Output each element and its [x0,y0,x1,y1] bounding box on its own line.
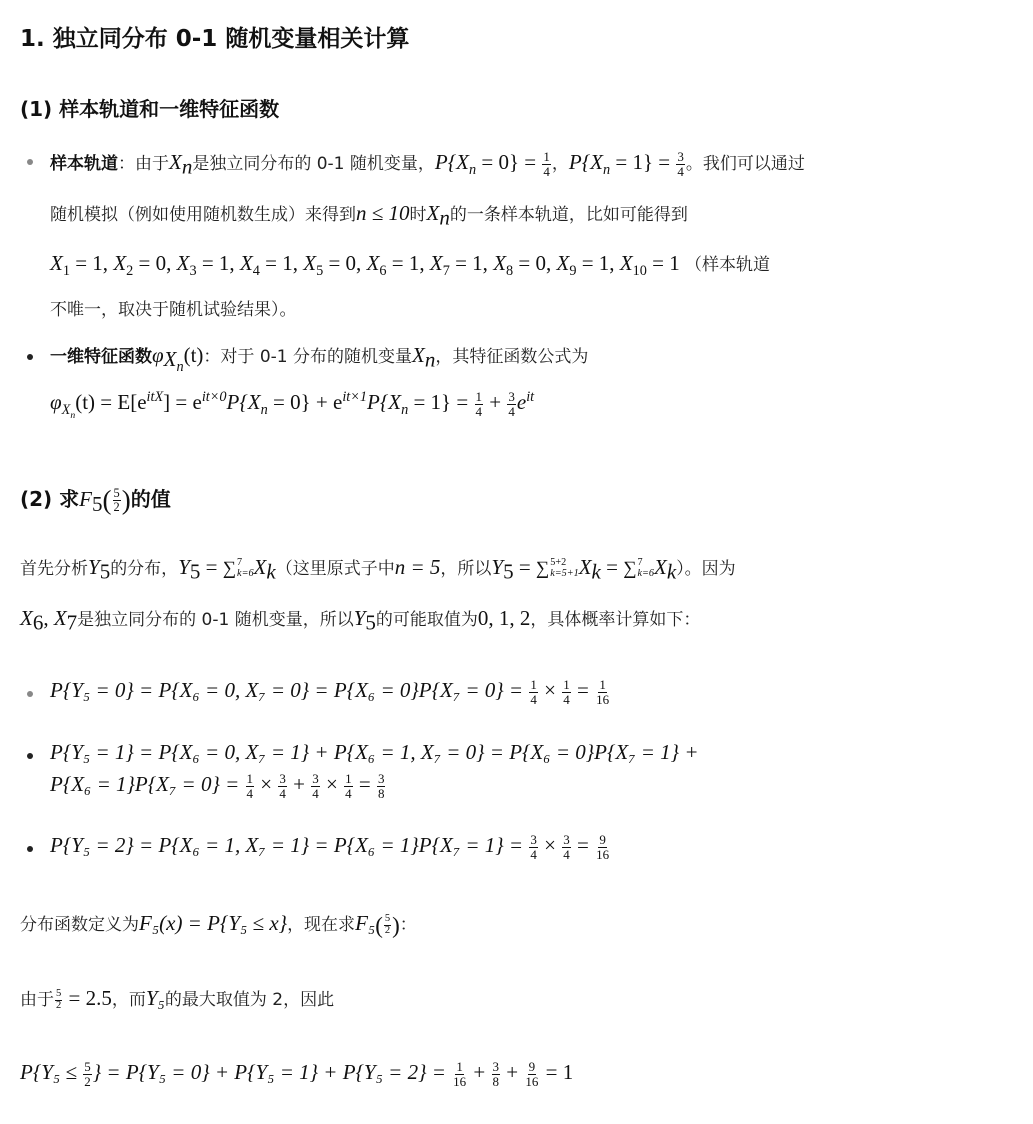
distribution-paragraph-line-2: X6, X7是独立同分布的 0-1 随机变量，所以Y5的可能取值为0, 1, 2… [20,605,700,631]
char-func-line-1: 一维特征函数φXn(t)：对于 0-1 分布的随机变量Xn，其特征函数公式为 [50,342,588,368]
subsection-heading-2: (2) 求F5(52)的值 [20,483,171,516]
sample-path-sequence: X1 = 1, X2 = 0, X3 = 1, X4 = 1, X5 = 0, … [50,250,770,276]
char-func-formula: φXn(t) = E[eitX] = eit×0P{Xn = 0} + eit×… [50,390,534,418]
distribution-paragraph-line-1: 首先分析Y5的分布，Y5 = ∑7k=6Xk（这里原式子中n = 5，所以Y5 … [20,554,736,580]
sample-path-line-1: 样本轨道：由于Xn是独立同分布的 0-1 随机变量，P{Xn = 0} = 14… [50,149,805,178]
sample-path-note: 不唯一，取决于随机试验结果）。 [50,295,297,320]
final-result-formula: P{Y₅ ≤ 52} = P{Y₅ = 0} + P{Y₅ = 1} + P{Y… [20,1060,573,1088]
sequence-formula: X1 = 1, X2 = 0, X3 = 1, X4 = 1, X5 = 0, … [50,251,685,275]
prob-x1: P{Xn = 1} = 34 [569,150,686,174]
prob-y5-eq-0: P{Y₅ = 0} = P{X₆ = 0, X₇ = 0} = P{X₆ = 0… [50,678,611,706]
sample-path-label: 样本轨道 [50,154,118,174]
prob-x0: P{Xn = 0} = 14 [435,150,552,174]
section-heading-1: 1. 独立同分布 0-1 随机变量相关计算 [20,20,409,53]
bullet-icon [27,753,33,759]
cdf-definition: 分布函数定义为F₅(x) = P{Y₅ ≤ x}，现在求F₅(52)： [20,910,417,939]
bullet-icon [27,846,33,852]
char-func-label: 一维特征函数 [50,347,152,367]
prob-y5-eq-1-line-2: P{X₆ = 1}P{X₇ = 0} = 14 × 34 + 34 × 14 =… [50,772,386,800]
subsection-heading-1: (1) 样本轨道和一维特征函数 [20,93,279,122]
bullet-icon [27,159,33,165]
max-value-note: 由于52 = 2.5，而Y₅的最大取值为 2，因此 [20,985,334,1011]
bullet-icon [27,691,33,697]
prob-y5-eq-1-line-1: P{Y₅ = 1} = P{X₆ = 0, X₇ = 1} + P{X₆ = 1… [50,740,699,765]
sample-path-line-2: 随机模拟（例如使用随机数生成）来得到n ≤ 10时Xn的一条样本轨道，比如可能得… [50,200,688,226]
bullet-icon [27,354,33,360]
prob-y5-eq-2: P{Y₅ = 2} = P{X₆ = 1, X₇ = 1} = P{X₆ = 1… [50,833,611,861]
